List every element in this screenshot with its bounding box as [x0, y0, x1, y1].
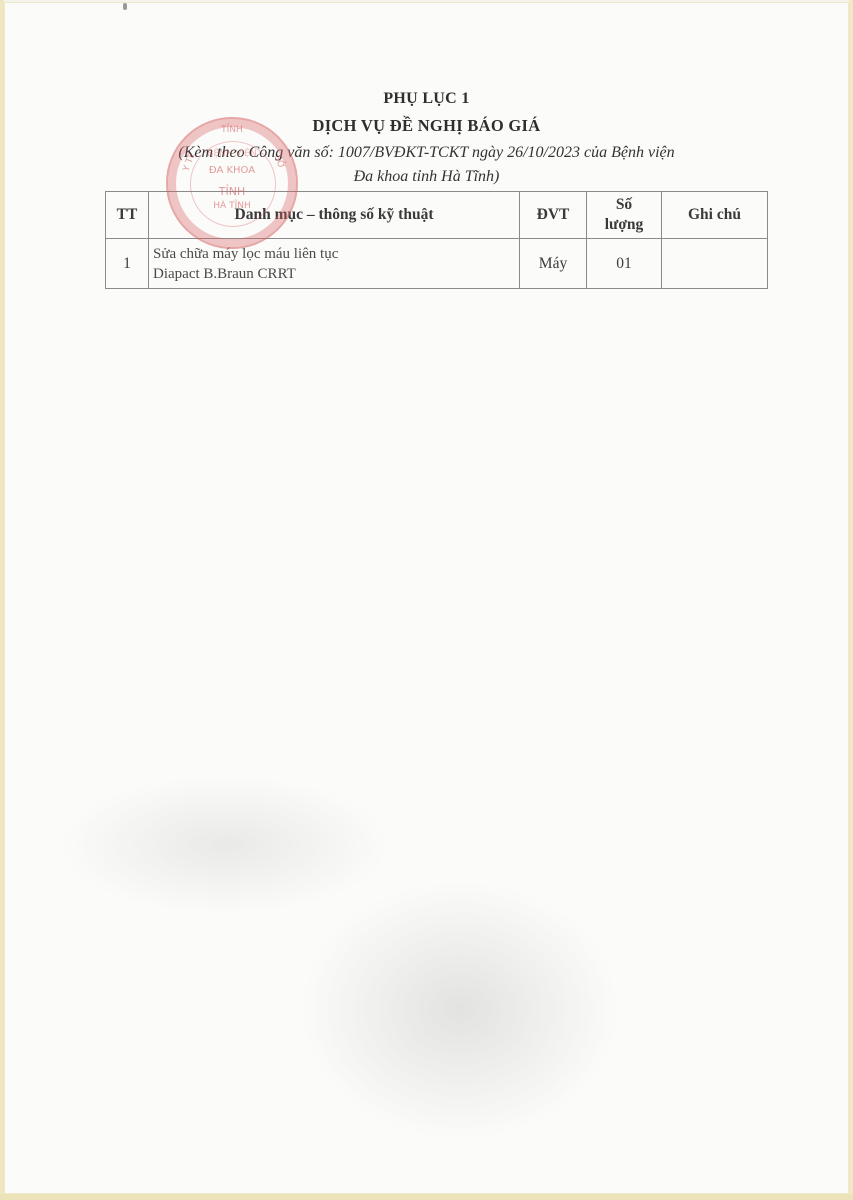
cell-note — [662, 239, 768, 289]
cell-unit: Máy — [520, 239, 587, 289]
staple-mark — [123, 3, 127, 10]
appendix-title: PHỤ LỤC 1 — [0, 90, 853, 108]
reference-note-line2: Đa khoa tỉnh Hà Tĩnh) — [0, 168, 853, 186]
table-header-row: TT Danh mục – thông số kỹ thuật ĐVT Số l… — [106, 192, 768, 239]
table-row: 1 Sửa chữa máy lọc máu liên tục Diapact … — [106, 239, 768, 289]
description-line1: Sửa chữa máy lọc máu liên tục — [153, 244, 515, 264]
header-tt: TT — [106, 192, 149, 239]
description-line2: Diapact B.Braun CRRT — [153, 264, 515, 284]
reference-note-line1: (Kèm theo Công văn số: 1007/BVĐKT-TCKT n… — [0, 144, 853, 162]
header-description: Danh mục – thông số kỹ thuật — [149, 192, 520, 239]
photo-shadow — [300, 880, 620, 1140]
cell-tt: 1 — [106, 239, 149, 289]
header-quantity: Số lượng — [587, 192, 662, 239]
header-quantity-line1: Số — [591, 195, 657, 215]
header-note: Ghi chú — [662, 192, 768, 239]
paper-edge-bottom — [0, 1194, 853, 1200]
service-table: TT Danh mục – thông số kỹ thuật ĐVT Số l… — [105, 191, 768, 289]
cell-quantity: 01 — [587, 239, 662, 289]
header-quantity-line2: lượng — [591, 215, 657, 235]
document-heading: DỊCH VỤ ĐỀ NGHỊ BÁO GIÁ — [0, 116, 853, 136]
header-unit: ĐVT — [520, 192, 587, 239]
cell-description: Sửa chữa máy lọc máu liên tục Diapact B.… — [149, 239, 520, 289]
